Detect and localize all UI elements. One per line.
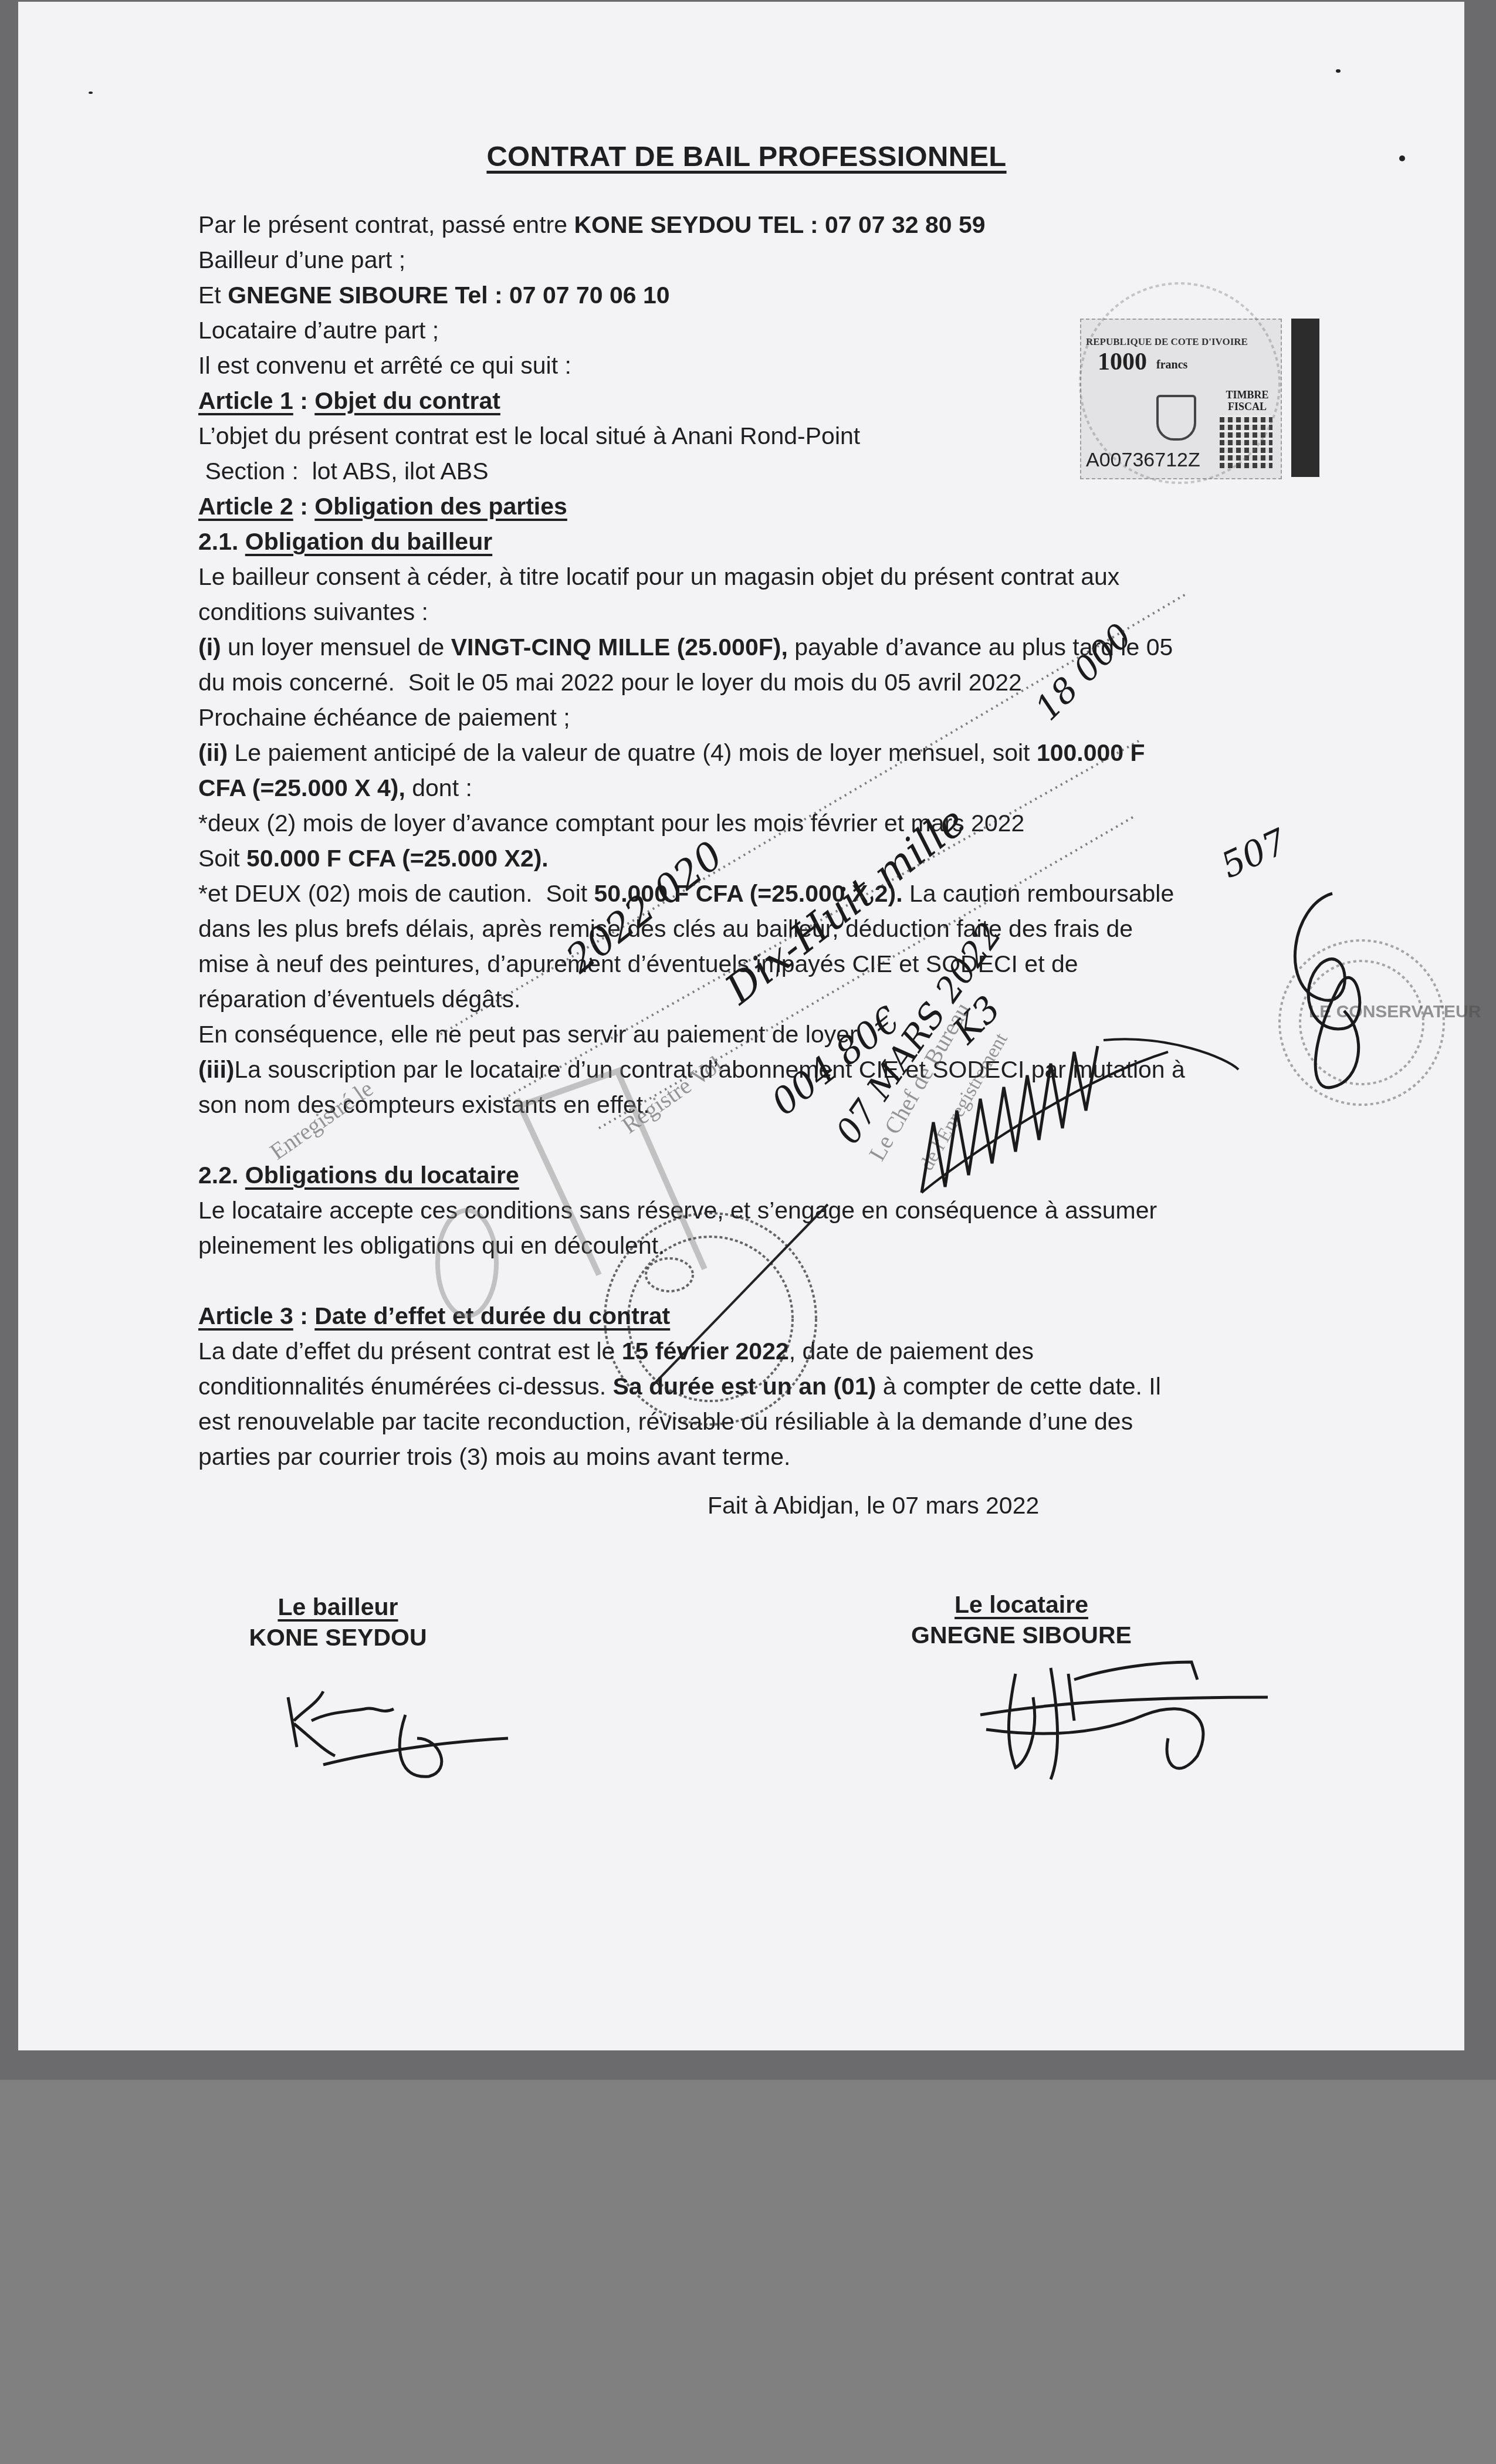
conservateur-stamp — [1280, 940, 1444, 1105]
locataire-signature — [980, 1662, 1268, 1779]
postmark-circle — [1080, 283, 1280, 483]
round-ink-stamp — [605, 1213, 816, 1424]
official-signature — [1295, 893, 1359, 1088]
registration-stamp-lines — [441, 594, 1186, 1128]
faded-rectangle-stamp — [438, 1069, 705, 1316]
bailleur-signature — [288, 1691, 508, 1776]
stamp-pen-stroke — [652, 1204, 828, 1386]
document-page: CONTRAT DE BAIL PROFESSIONNEL REPUBLIQUE… — [18, 2, 1464, 2050]
stamps-and-signatures-layer — [18, 2, 1464, 2050]
chief-signature — [922, 1046, 1098, 1193]
